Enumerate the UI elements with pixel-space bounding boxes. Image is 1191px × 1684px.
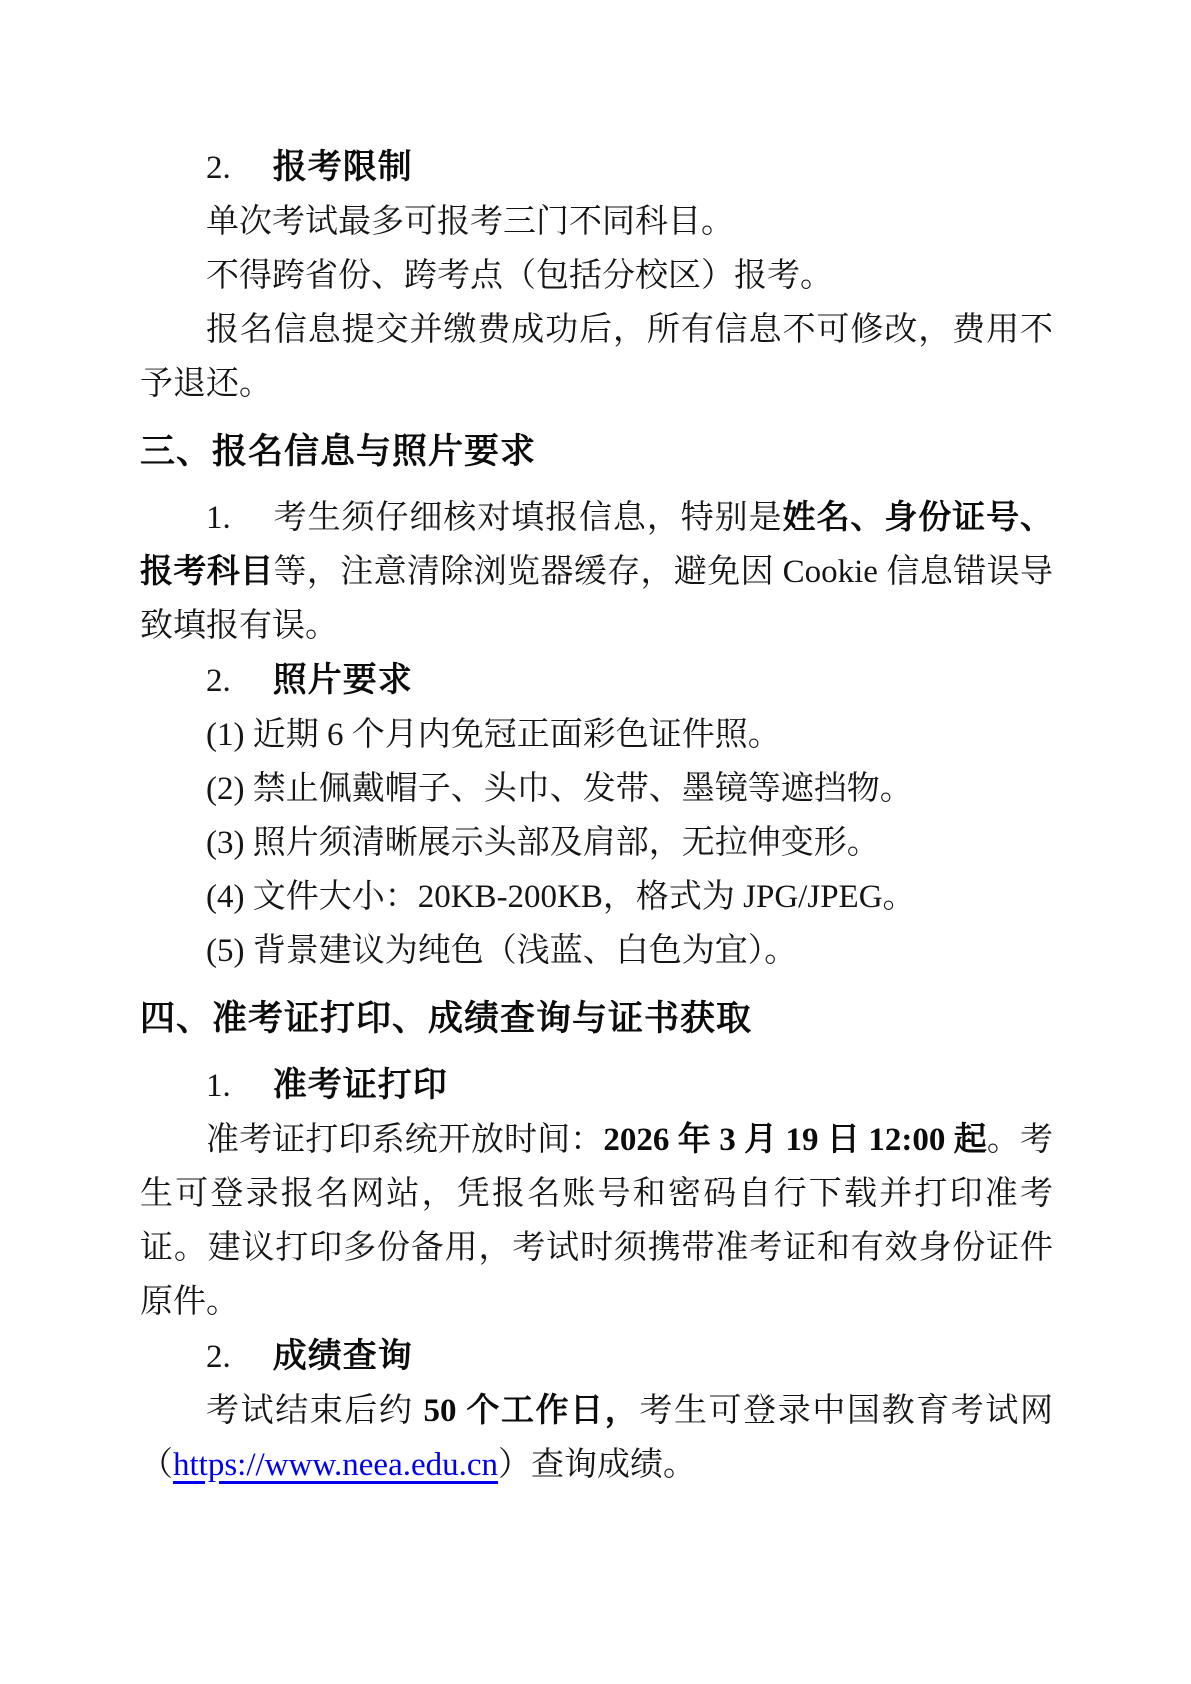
paragraph-no-modification: 报名信息提交并缴费成功后，所有信息不可修改，费用不予退还。 [140,303,1053,411]
text-run: 考生须仔细核对填报信息，特别是 [273,500,783,536]
text-run: 准考证打印系统开放时间： [206,1122,603,1158]
heading-number: 2. [206,663,231,699]
section-heading-registration-info-photo: 三、报名信息与照片要求 [140,425,1053,479]
list-item-photo-filesize: (4) 文件大小：20KB-200KB，格式为 JPG/JPEG。 [140,870,1053,924]
paragraph-verify-info: 1.考生须仔细核对填报信息，特别是姓名、身份证号、报考科目等，注意清除浏览器缓存… [140,491,1053,653]
list-item-photo-no-accessories: (2) 禁止佩戴帽子、头巾、发带、墨镜等遮挡物。 [140,762,1053,816]
heading-number: 2. [206,150,231,186]
heading-text: 报考限制 [273,148,413,186]
bold-run-working-days: 50 个工作日， [423,1393,639,1429]
list-item-photo-recent: (1) 近期 6 个月内免冠正面彩色证件照。 [140,708,1053,762]
heading-number: 2. [206,1339,231,1375]
subheading-score-inquiry: 2.成绩查询 [140,1329,1053,1384]
text-run: 等，注意清除浏览器缓存，避免因 Cookie 信息错误导致填报有误。 [140,554,1053,644]
subheading-photo-requirements: 2.照片要求 [140,653,1053,708]
paragraph-subject-limit: 单次考试最多可报考三门不同科目。 [140,195,1053,249]
heading-text: 照片要求 [273,661,413,699]
heading-text: 准考证打印 [273,1066,448,1104]
paragraph-cross-province: 不得跨省份、跨考点（包括分校区）报考。 [140,249,1053,303]
document-page: 2.报考限制 单次考试最多可报考三门不同科目。 不得跨省份、跨考点（包括分校区）… [0,0,1191,1684]
subheading-admission-ticket-printing: 1.准考证打印 [140,1058,1053,1113]
list-item-photo-clear: (3) 照片须清晰展示头部及肩部，无拉伸变形。 [140,816,1053,870]
heading-number: 1. [206,1068,231,1104]
paragraph-number: 1. [206,500,231,536]
list-item-photo-background: (5) 背景建议为纯色（浅蓝、白色为宜）。 [140,924,1053,978]
paragraph-admission-ticket: 准考证打印系统开放时间：2026 年 3 月 19 日 12:00 起。考生可登… [140,1113,1053,1329]
text-run: ）查询成绩。 [498,1447,696,1483]
text-run: 考试结束后约 [206,1393,423,1429]
subheading-application-limits: 2.报考限制 [140,140,1053,195]
section-heading-admission-score-certificate: 四、准考证打印、成绩查询与证书获取 [140,992,1053,1046]
neea-website-link[interactable]: https://www.neea.edu.cn [173,1447,498,1483]
heading-text: 成绩查询 [273,1337,413,1375]
paragraph-score-inquiry: 考试结束后约 50 个工作日，考生可登录中国教育考试网（https://www.… [140,1384,1053,1492]
bold-run-open-time: 2026 年 3 月 19 日 12:00 起 [603,1122,987,1158]
